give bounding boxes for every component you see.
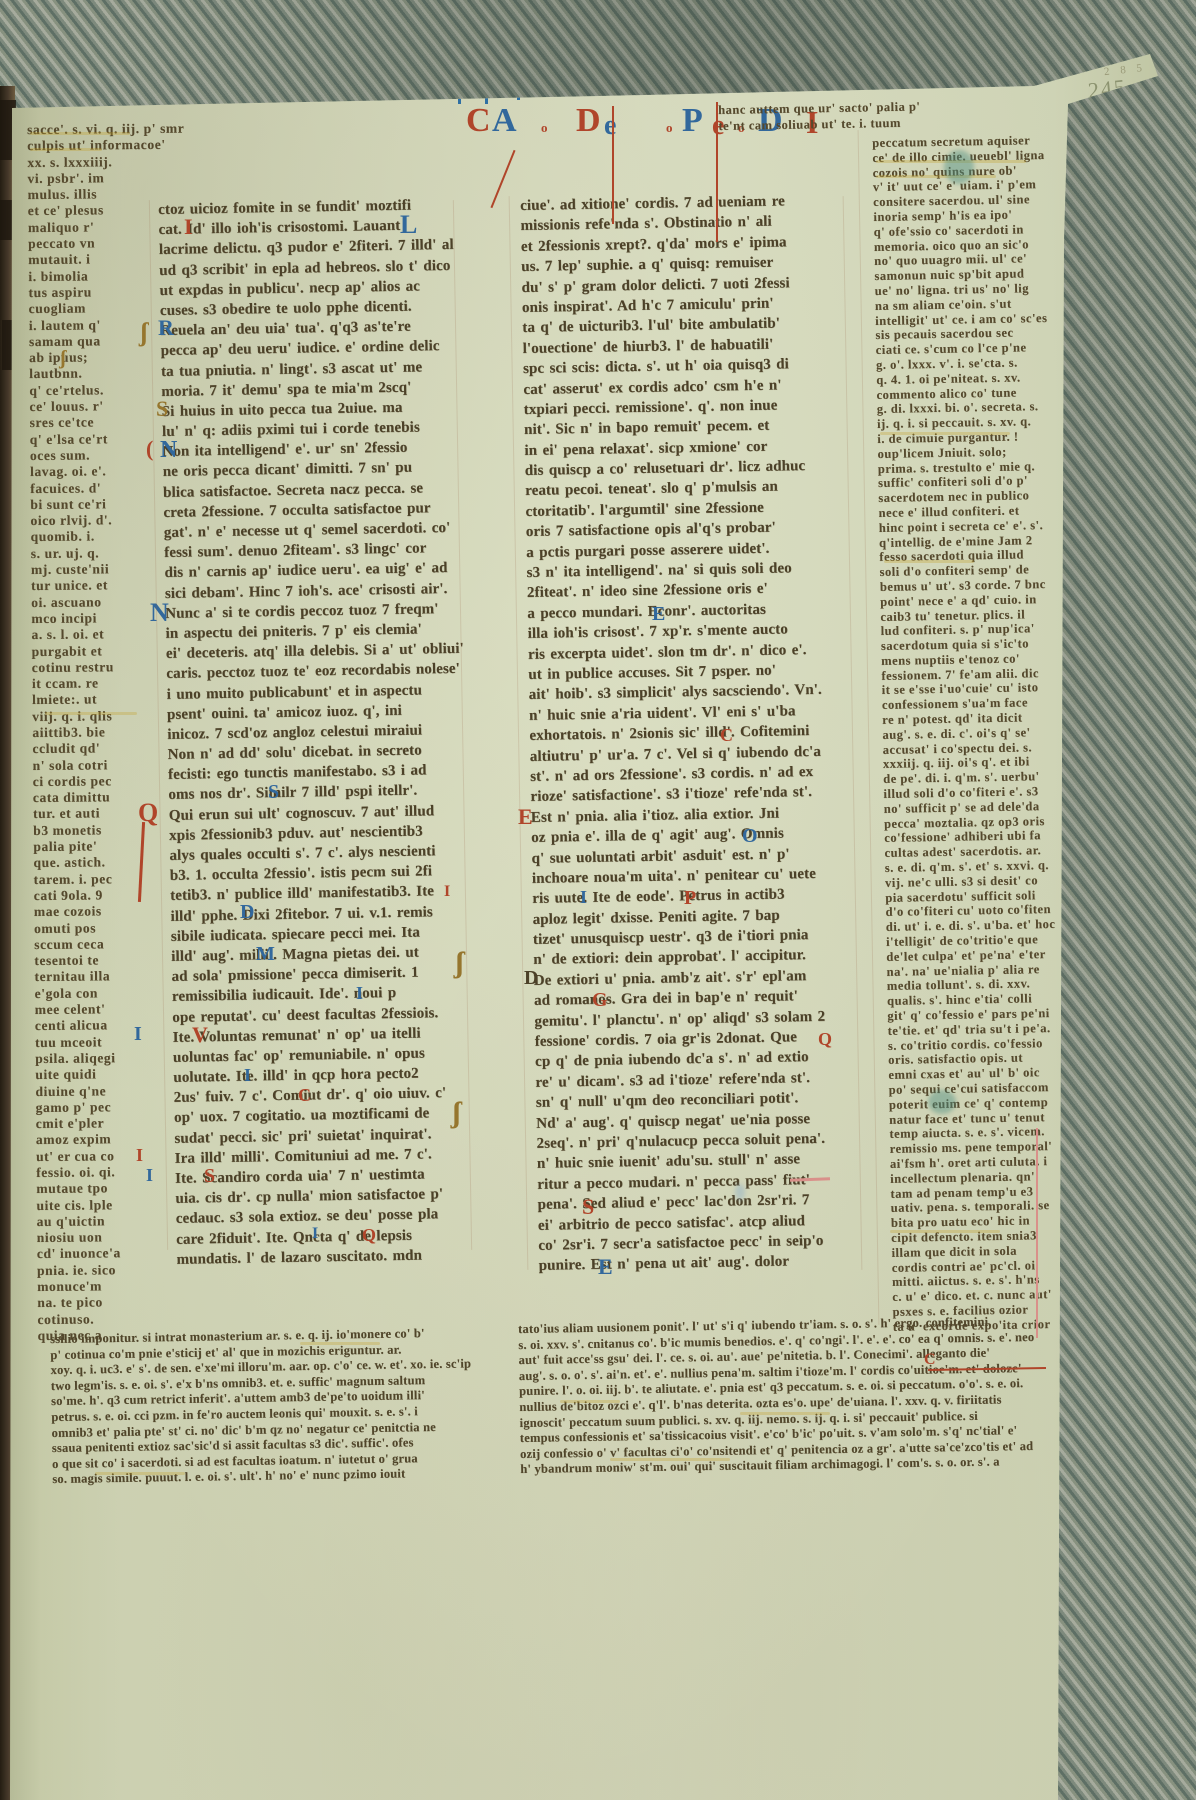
initial-letter: Q bbox=[362, 1226, 376, 1244]
text-line: ci cordis pec bbox=[33, 773, 167, 790]
text-line: centi alicua bbox=[35, 1017, 169, 1034]
pen-stroke bbox=[612, 106, 614, 224]
text-line: au q'uictin bbox=[37, 1213, 171, 1230]
running-title-letter: D bbox=[576, 102, 601, 140]
text-line: amoz expim bbox=[36, 1131, 170, 1148]
text-line: xx. s. lxxxiiij. bbox=[27, 153, 161, 170]
initial-letter: N bbox=[150, 600, 169, 626]
text-line: lautbnn. bbox=[29, 365, 163, 382]
text-line: cati 9ola. 9 bbox=[34, 887, 168, 904]
initial-letter: ʃ bbox=[455, 948, 464, 978]
text-line: tesentoi te bbox=[34, 952, 168, 969]
text-line: mutauit. i bbox=[28, 251, 162, 268]
text-line: tarem. i. pec bbox=[34, 870, 168, 887]
text-line: psila. aliqegi bbox=[35, 1050, 169, 1067]
pigment-smudge bbox=[735, 1184, 745, 1200]
text-line: gamo p' pec bbox=[36, 1099, 170, 1116]
initial-letter: Q bbox=[138, 800, 158, 826]
text-line: s. ur. uj. q. bbox=[31, 545, 165, 562]
pigment-smudge bbox=[944, 150, 974, 184]
title-flourish bbox=[517, 86, 520, 100]
initial-letter: I bbox=[184, 216, 193, 238]
initial-letter: I bbox=[580, 888, 587, 906]
text-line: it ccam. re bbox=[32, 675, 166, 692]
right-gloss-overhang: hanc auttem que ur' sacto' palia p'te'nt… bbox=[718, 97, 1066, 134]
running-title-letter: P bbox=[682, 102, 703, 140]
initial-letter: S bbox=[268, 782, 279, 802]
text-line: omuti pos bbox=[34, 919, 168, 936]
bottom-gloss-left-block: ssilio imponitur. si intrat monasterium … bbox=[50, 1325, 482, 1488]
text-line: aiittib3. bie bbox=[32, 724, 166, 741]
text-line: sccum ceca bbox=[34, 936, 168, 953]
running-title-letter: o bbox=[666, 120, 673, 136]
initial-letter: E bbox=[652, 604, 665, 624]
initial-letter: ʃ bbox=[60, 348, 66, 368]
text-line: que. astich. bbox=[33, 854, 167, 871]
text-line: cd' inuonce'a bbox=[37, 1245, 171, 1262]
text-line: ab ipuus; bbox=[29, 349, 163, 366]
text-line: lavag. oi. e'. bbox=[30, 463, 164, 480]
text-line: diuine q'ne bbox=[35, 1082, 169, 1099]
text-line: uite quidi bbox=[35, 1066, 169, 1083]
initial-letter: D bbox=[524, 968, 538, 988]
text-line: mundatis. l' de lazaro suscitato. mdn bbox=[176, 1244, 486, 1270]
initial-letter: G bbox=[592, 990, 608, 1010]
text-line: lmiete:. ut bbox=[32, 691, 166, 708]
title-flourish bbox=[485, 92, 488, 104]
initial-letter: N bbox=[160, 438, 177, 462]
text-line: na. te pico bbox=[37, 1294, 171, 1311]
text-line: q' ce'rtelus. bbox=[29, 382, 163, 399]
initial-letter: S bbox=[204, 1166, 215, 1186]
initial-letter: V bbox=[192, 1024, 208, 1046]
running-title-letter: A bbox=[492, 102, 517, 140]
running-title-letter: o bbox=[541, 120, 548, 136]
right-margin-gloss-column: peccatum secretum aquiserce' de illo cim… bbox=[872, 133, 1087, 1335]
text-line: n' sola cotri bbox=[33, 756, 167, 773]
title-flourish bbox=[458, 86, 520, 89]
text-line: quomib. i. bbox=[31, 528, 165, 545]
initial-letter: D bbox=[240, 902, 254, 922]
text-line: monuce'm bbox=[37, 1278, 171, 1295]
initial-letter: O bbox=[742, 826, 758, 846]
text-line: cotinuso. bbox=[37, 1310, 171, 1327]
initial-letter: ʃ bbox=[140, 320, 148, 346]
text-line: mulus. illis bbox=[28, 186, 162, 203]
pen-stroke bbox=[1036, 1128, 1038, 1338]
text-line: viij. q. i. qlis bbox=[32, 707, 166, 724]
text-line: vi. psbr'. im bbox=[27, 170, 161, 187]
text-line: mee celent' bbox=[35, 1001, 169, 1018]
ochre-highlight bbox=[95, 1472, 185, 1475]
main-text-column-left: ctoz uicioz fomite in se fundit' moztifi… bbox=[158, 195, 487, 1270]
text-line: oi. ascuano bbox=[31, 593, 165, 610]
text-line: ccludit qd' bbox=[32, 740, 166, 757]
text-line: i. bimolia bbox=[28, 267, 162, 284]
text-line: tuu mceoit bbox=[35, 1033, 169, 1050]
initial-letter: I bbox=[244, 1066, 251, 1084]
initial-letter: C bbox=[924, 1352, 936, 1368]
initial-letter: M bbox=[256, 944, 275, 964]
initial-letter: I bbox=[444, 884, 450, 900]
text-line: tus aspiru bbox=[28, 284, 162, 301]
text-line: sres ce'tce bbox=[30, 414, 164, 431]
text-line: uite cis. lple bbox=[36, 1196, 170, 1213]
initial-letter: S bbox=[582, 1196, 594, 1218]
text-line: pnia. ie. sico bbox=[37, 1262, 171, 1279]
ochre-highlight bbox=[890, 1230, 1000, 1233]
initial-letter: C bbox=[720, 726, 733, 744]
initial-letter: P bbox=[684, 888, 696, 908]
ochre-highlight bbox=[300, 1342, 380, 1345]
running-title-letter: C bbox=[466, 102, 491, 140]
initial-letter: C bbox=[298, 1086, 311, 1104]
text-line: culpis ut' informacoe' bbox=[27, 137, 161, 154]
initial-letter: I bbox=[136, 1146, 143, 1164]
initial-letter: I bbox=[356, 984, 363, 1002]
ochre-highlight bbox=[740, 1412, 830, 1415]
pigment-smudge bbox=[928, 1090, 956, 1114]
initial-letter: S bbox=[156, 398, 168, 420]
ochre-highlight bbox=[876, 175, 996, 178]
initial-letter: I bbox=[134, 1024, 142, 1044]
main-text-column-right: ciue'. ad xitione' cordis. 7 ad ueniam r… bbox=[520, 190, 877, 1276]
ochre-highlight bbox=[560, 1400, 620, 1403]
ochre-highlight bbox=[30, 148, 102, 151]
folio-number: 245 bbox=[1087, 74, 1129, 104]
text-line: mj. custe'nii bbox=[31, 561, 165, 578]
bottom-gloss-right-block: tato'ius aliam uusionem ponit'. l' ut' s… bbox=[518, 1313, 1072, 1478]
text-line: bi sunt ce'ri bbox=[30, 496, 164, 513]
text-line: sacce'. s. vi. q. iij. p' smr bbox=[27, 121, 161, 138]
initial-letter: R bbox=[158, 317, 174, 339]
text-line: ut' er cua co bbox=[36, 1147, 170, 1164]
text-line: peccato vn bbox=[28, 235, 162, 252]
text-line: a. s. l. oi. et bbox=[31, 626, 165, 643]
text-line: oico rlvij. d'. bbox=[30, 512, 164, 529]
initial-letter: ʃ bbox=[452, 1098, 461, 1128]
text-line: cotinu restru bbox=[32, 659, 166, 676]
pen-stroke bbox=[716, 102, 718, 242]
pen-stroke bbox=[490, 150, 515, 208]
initial-letter: E bbox=[598, 1256, 613, 1278]
text-line: maliquo r' bbox=[28, 219, 162, 236]
quire-mark: qᵒ. iij bbox=[1049, 47, 1085, 70]
text-line: tur unice. et bbox=[31, 577, 165, 594]
text-line: niosiu uon bbox=[37, 1229, 171, 1246]
text-line: q' e'lsa ce'rt bbox=[30, 430, 164, 447]
text-line: ternitau illa bbox=[34, 968, 168, 985]
text-line: purgabit et bbox=[32, 642, 166, 659]
manuscript-page: CAoDeoPeoDI qᵒ. iij 2 8 5 245 sacce'. s.… bbox=[6, 50, 1170, 1800]
initial-letter: Q bbox=[818, 1030, 832, 1048]
text-line: mae cozois bbox=[34, 903, 168, 920]
initial-letter: I bbox=[312, 1226, 318, 1242]
text-line: palia pite' bbox=[33, 838, 167, 855]
text-line: ce' louus. r' bbox=[29, 398, 163, 415]
text-line: facuices. d' bbox=[30, 479, 164, 496]
text-line: cuogliam bbox=[29, 300, 163, 317]
ochre-highlight bbox=[884, 560, 974, 563]
ochre-highlight bbox=[45, 712, 137, 715]
ochre-highlight bbox=[30, 132, 130, 135]
ochre-highlight bbox=[610, 1458, 730, 1461]
running-title-letter: e bbox=[604, 110, 616, 142]
text-line: mco incipi bbox=[31, 610, 165, 627]
initial-letter: L bbox=[400, 212, 417, 238]
manuscript-photograph: { "page": { "running_title": { "letters"… bbox=[0, 0, 1196, 1800]
text-line: cmit e'pler bbox=[36, 1115, 170, 1132]
ochre-highlight bbox=[880, 432, 1010, 435]
text-line: e'gola con bbox=[35, 985, 169, 1002]
text-line: et ce' plesus bbox=[28, 202, 162, 219]
text-line: oces sum. bbox=[30, 447, 164, 464]
title-flourish bbox=[458, 86, 461, 104]
initial-letter: I bbox=[146, 1166, 153, 1184]
